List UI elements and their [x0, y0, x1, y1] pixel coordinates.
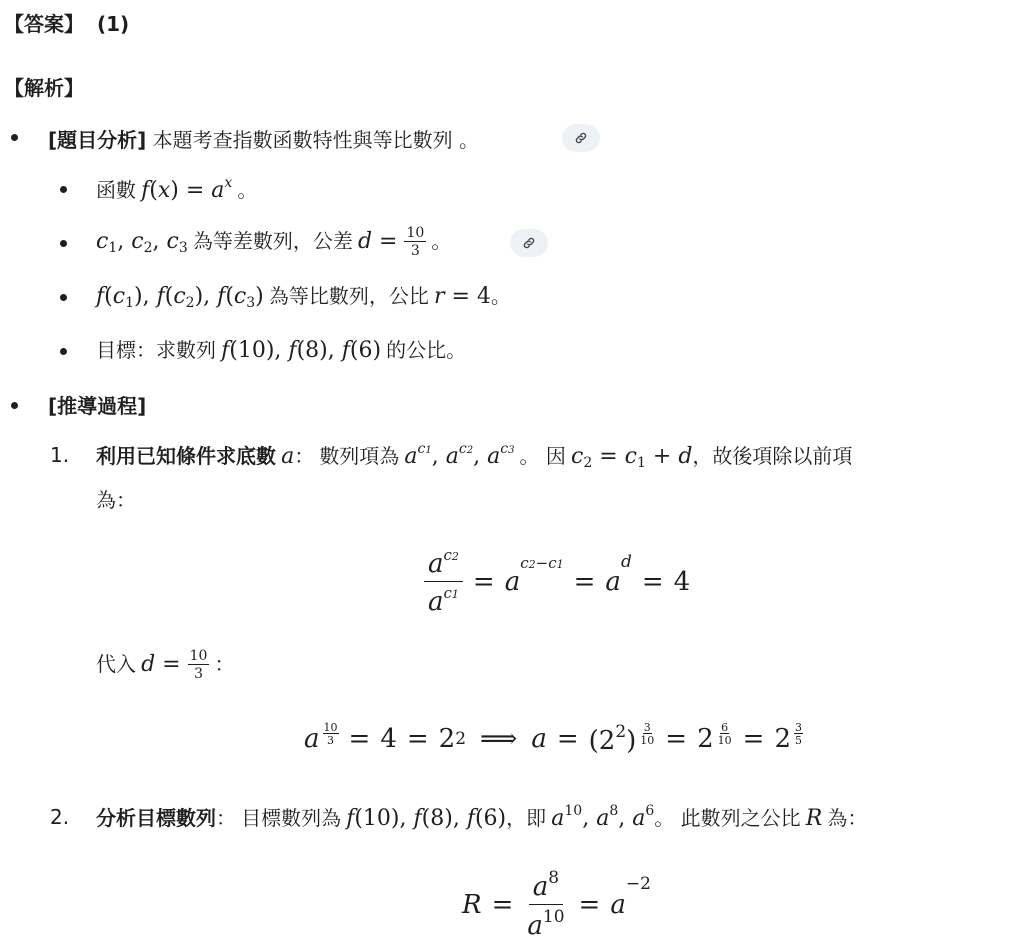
answer-value: (1): [97, 12, 129, 36]
substitute-line: 代入 d = 103 ：: [96, 648, 235, 681]
sub-item-arithmetic: c1, c2, c3 為等差數列，公差 d = 103 。: [96, 225, 451, 258]
step-number: 1.: [50, 443, 69, 467]
equation-solve-a: a103 =4 =22 ⟹ a= (22)310 = 2610 = 235: [304, 722, 803, 756]
link-icon: [574, 131, 588, 145]
link-icon: [522, 236, 536, 250]
math-fc-seq: f(c1), f(c2), f(c3): [96, 284, 264, 309]
step-1-line: 利用已知條件求底數 a： 數列項為 ac1, ac2, ac3 。 因 c2 =…: [96, 440, 852, 471]
bullet: [60, 240, 67, 247]
sub-item-geometric: f(c1), f(c2), f(c3) 為等比數列，公比 r = 4。: [96, 280, 511, 311]
math-fx: f(x) = ax: [141, 178, 232, 203]
math-a-c-seq: ac1, ac2, ac3: [404, 444, 514, 469]
step-number: 2.: [50, 805, 69, 829]
math-powers: a10, a8, a6: [551, 806, 654, 831]
bullet: [11, 402, 18, 409]
math-d: d = 103: [358, 229, 426, 254]
bullet: [60, 348, 67, 355]
analysis-heading: 【解析】: [4, 72, 84, 101]
bullet: [60, 186, 67, 193]
equation-ratio-R: R = a8a10 = a−2: [462, 870, 651, 939]
bullet: [11, 134, 18, 141]
step-1-line-cont: 為：: [96, 484, 136, 513]
bullet: [60, 294, 67, 301]
source-link-button[interactable]: [510, 229, 548, 257]
math-target-seq-2: f(10), f(8), f(6): [346, 806, 506, 831]
answer-heading: 【答案】 (1): [4, 8, 129, 37]
math-target-seq: f(10), f(8), f(6): [221, 338, 381, 363]
math-c2-eq: c2 = c1 + d: [571, 444, 692, 469]
step-2-line: 分析目標數列： 目標數列為 f(10), f(8), f(6)，即 a10, a…: [96, 802, 867, 831]
math-d-value: d = 103: [141, 652, 209, 677]
source-link-button[interactable]: [562, 124, 600, 152]
math-c-seq: c1, c2, c3: [96, 229, 188, 254]
sub-item-goal: 目標：求數列 f(10), f(8), f(6) 的公比。: [96, 334, 466, 363]
answer-label: 【答案】: [4, 12, 84, 36]
math-r: r = 4: [434, 284, 491, 309]
math-R: R: [806, 806, 823, 831]
derivation-tag: [推導過程]: [48, 390, 146, 419]
problem-analysis-line: [題目分析] 本題考查指數函數特性與等比數列 。: [48, 124, 479, 153]
problem-analysis-tag: [題目分析]: [48, 128, 146, 152]
problem-analysis-text: 本題考查指數函數特性與等比數列 。: [153, 128, 479, 152]
sub-item-function: 函數 f(x) = ax 。: [96, 174, 257, 203]
equation-ratio: ac2ac1 = ac2−c1 = ad = 4: [424, 548, 690, 615]
